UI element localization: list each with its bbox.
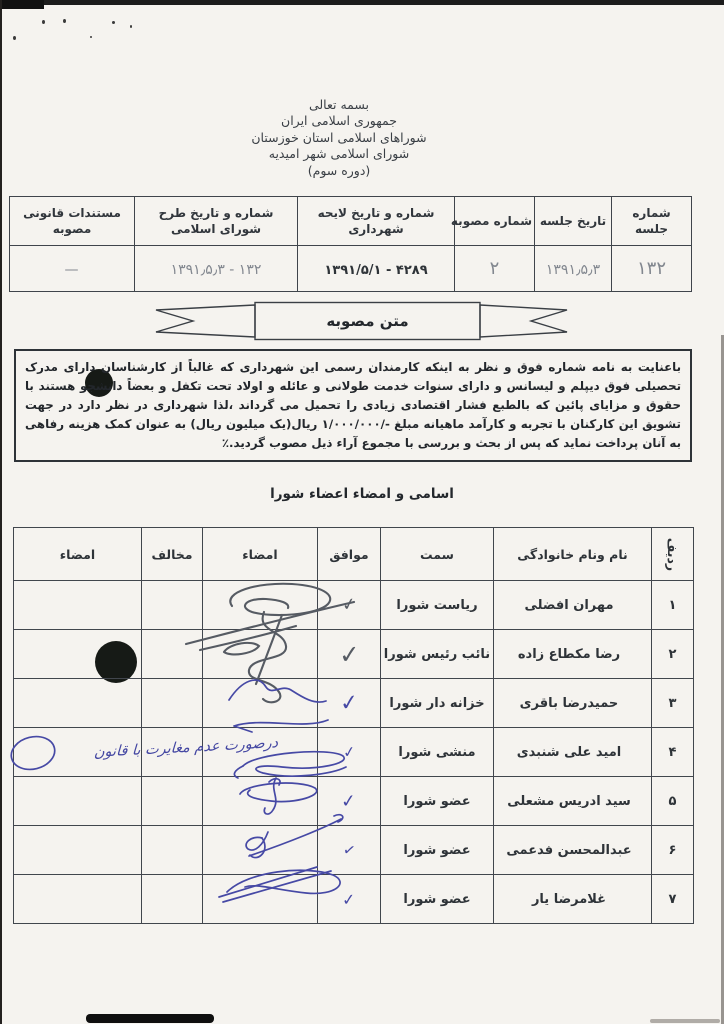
letterhead-term: (دوره سوم) — [0, 163, 678, 179]
value-council-plan: ۱۳۲ - ۱۳۹۱٫۵٫۳ — [135, 246, 298, 292]
letterhead-city-council: شورای اسلامی شهر امیدیه — [0, 146, 678, 162]
member-row-number: ۳ — [652, 679, 694, 728]
member-oppose-signature-cell — [14, 630, 142, 679]
member-signature-cell — [203, 679, 318, 728]
member-oppose-signature-cell — [14, 875, 142, 924]
scan-speck — [63, 19, 66, 23]
member-oppose-cell — [142, 826, 203, 875]
header-member-name: نام ونام خانوادگی — [494, 528, 652, 581]
agree-checkmark: ✓ — [340, 594, 358, 616]
member-oppose-signature-cell — [14, 679, 142, 728]
member-row: ۱ مهران افضلی ریاست شورا ✓ — [14, 581, 694, 630]
member-oppose-cell — [142, 777, 203, 826]
letterhead-country: جمهوری اسلامی ایران — [0, 113, 678, 129]
member-row: ۶ عبدالمحسن فدعمی عضو شورا ✓ — [14, 826, 694, 875]
member-name: سید ادریس مشعلی — [494, 777, 652, 826]
agree-checkmark: ✓ — [341, 790, 358, 812]
member-position: ریاست شورا — [381, 581, 494, 630]
agree-checkmark: ✓ — [339, 690, 360, 717]
header-council-plan: شماره و تاریخ طرح شورای اسلامی — [135, 197, 298, 246]
member-row: ۳ حمیدرضا باقری خزانه دار شورا ✓ — [14, 679, 694, 728]
header-row-number-label: ردیف — [665, 537, 680, 570]
member-name: مهران افضلی — [494, 581, 652, 630]
member-oppose-cell — [142, 875, 203, 924]
scan-speck — [13, 36, 16, 40]
member-row-number: ۵ — [652, 777, 694, 826]
header-member-position: سمت — [381, 528, 494, 581]
agree-checkmark: ✓ — [342, 742, 357, 762]
scan-speck — [90, 36, 92, 38]
header-session-date: تاریخ جلسه — [535, 197, 612, 246]
handwritten-resolution-number: ۲ — [490, 258, 500, 279]
member-agree-cell: ✓ — [318, 875, 381, 924]
header-signature-oppose: امضاء — [14, 528, 142, 581]
member-position: عضو شورا — [381, 875, 494, 924]
letterhead: بسمه تعالی جمهوری اسلامی ایران شوراهای ا… — [0, 97, 724, 179]
scan-edge-bottom-bar — [86, 1014, 214, 1023]
header-legal-docs: مستندات قانونی مصوبه — [10, 197, 135, 246]
header-municipality-bill: شماره و تاریخ لایحه شهرداری — [298, 197, 455, 246]
member-oppose-signature-cell — [14, 777, 142, 826]
scan-speck — [42, 20, 45, 24]
member-row-number: ۱ — [652, 581, 694, 630]
handwritten-plan-number-date: ۱۳۲ - ۱۳۹۱٫۵٫۳ — [171, 262, 262, 278]
resolution-text: باعنایت به نامه شماره فوق و نظر به اینکه… — [25, 360, 681, 450]
member-signature-cell — [203, 875, 318, 924]
letterhead-province-councils: شوراهای اسلامی استان خوزستان — [0, 130, 678, 146]
scan-edge-top-left — [0, 0, 44, 9]
member-agree-cell: ✓ — [318, 777, 381, 826]
members-header-row: ردیف نام ونام خانوادگی سمت موافق امضاء م… — [14, 528, 694, 581]
value-legal-docs: — — [10, 246, 135, 292]
member-agree-cell: ✓ — [318, 679, 381, 728]
member-name: امید علی شنبدی — [494, 728, 652, 777]
printed-bill-number-date: ۴۲۸۹ - ۱۳۹۱/۵/۱ — [324, 263, 427, 278]
scan-smudge-bottom-right — [650, 1019, 720, 1023]
members-section-title: اسامی و امضاء اعضاء شورا — [0, 486, 724, 502]
scanned-document-page: بسمه تعالی جمهوری اسلامی ایران شوراهای ا… — [0, 0, 724, 1024]
value-resolution-number: ۲ — [455, 246, 535, 292]
members-table: ردیف نام ونام خانوادگی سمت موافق امضاء م… — [13, 527, 694, 924]
member-signature-cell — [203, 777, 318, 826]
member-row-number: ۴ — [652, 728, 694, 777]
header-oppose: مخالف — [142, 528, 203, 581]
member-oppose-signature-cell — [14, 581, 142, 630]
member-position: منشی شورا — [381, 728, 494, 777]
member-name: غلامرضا یار — [494, 875, 652, 924]
value-session-number: ۱۳۲ — [612, 246, 692, 292]
member-row: ۲ رضا مکطاع زاده نائب رئیس شورا ✓ — [14, 630, 694, 679]
member-signature-cell — [203, 581, 318, 630]
scan-edge-top — [0, 0, 724, 5]
header-signature-agree: امضاء — [203, 528, 318, 581]
letterhead-basmala: بسمه تعالی — [0, 97, 678, 113]
member-agree-cell: ✓ — [318, 630, 381, 679]
header-resolution-number: شماره مصوبه — [455, 197, 535, 246]
member-name: حمیدرضا باقری — [494, 679, 652, 728]
member-oppose-cell — [142, 630, 203, 679]
agree-checkmark: ✓ — [338, 639, 361, 669]
handwritten-session-date: ۱۳۹۱٫۵٫۳ — [546, 262, 600, 278]
value-session-date: ۱۳۹۱٫۵٫۳ — [535, 246, 612, 292]
member-position: عضو شورا — [381, 777, 494, 826]
member-position: خزانه دار شورا — [381, 679, 494, 728]
member-row-number: ۲ — [652, 630, 694, 679]
info-table-value-row: ۱۳۲ ۱۳۹۱٫۵٫۳ ۲ ۴۲۸۹ - ۱۳۹۱/۵/۱ ۱۳۲ - ۱۳۹… — [10, 246, 692, 292]
resolution-banner: متن مصوبه — [153, 301, 570, 341]
header-agree: موافق — [318, 528, 381, 581]
resolution-info-table: شماره جلسه تاریخ جلسه شماره مصوبه شماره … — [9, 196, 692, 292]
member-signature-cell — [203, 826, 318, 875]
member-oppose-signature-cell — [14, 826, 142, 875]
info-table-header-row: شماره جلسه تاریخ جلسه شماره مصوبه شماره … — [10, 197, 692, 246]
member-oppose-cell — [142, 581, 203, 630]
member-name: عبدالمحسن فدعمی — [494, 826, 652, 875]
member-row-number: ۶ — [652, 826, 694, 875]
header-row-number: ردیف — [652, 528, 694, 581]
banner-title: متن مصوبه — [255, 301, 480, 341]
member-position: نائب رئیس شورا — [381, 630, 494, 679]
member-signature-cell — [203, 630, 318, 679]
member-agree-cell: ✓ — [318, 728, 381, 777]
member-row: ۵ سید ادریس مشعلی عضو شورا ✓ — [14, 777, 694, 826]
member-name: رضا مکطاع زاده — [494, 630, 652, 679]
value-municipality-bill: ۴۲۸۹ - ۱۳۹۱/۵/۱ — [298, 246, 455, 292]
resolution-text-box: باعنایت به نامه شماره فوق و نظر به اینکه… — [14, 349, 692, 462]
member-oppose-cell — [142, 679, 203, 728]
agree-checkmark: ✓ — [342, 889, 357, 909]
handwritten-legal-dash: — — [65, 262, 80, 278]
member-agree-cell: ✓ — [318, 826, 381, 875]
scan-speck — [130, 25, 132, 28]
member-position: عضو شورا — [381, 826, 494, 875]
member-row: ۷ غلامرضا یار عضو شورا ✓ — [14, 875, 694, 924]
handwritten-session-number: ۱۳۲ — [637, 258, 666, 279]
header-session-number: شماره جلسه — [612, 197, 692, 246]
scan-speck — [112, 21, 115, 24]
member-row-number: ۷ — [652, 875, 694, 924]
agree-checkmark: ✓ — [341, 840, 357, 860]
member-agree-cell: ✓ — [318, 581, 381, 630]
